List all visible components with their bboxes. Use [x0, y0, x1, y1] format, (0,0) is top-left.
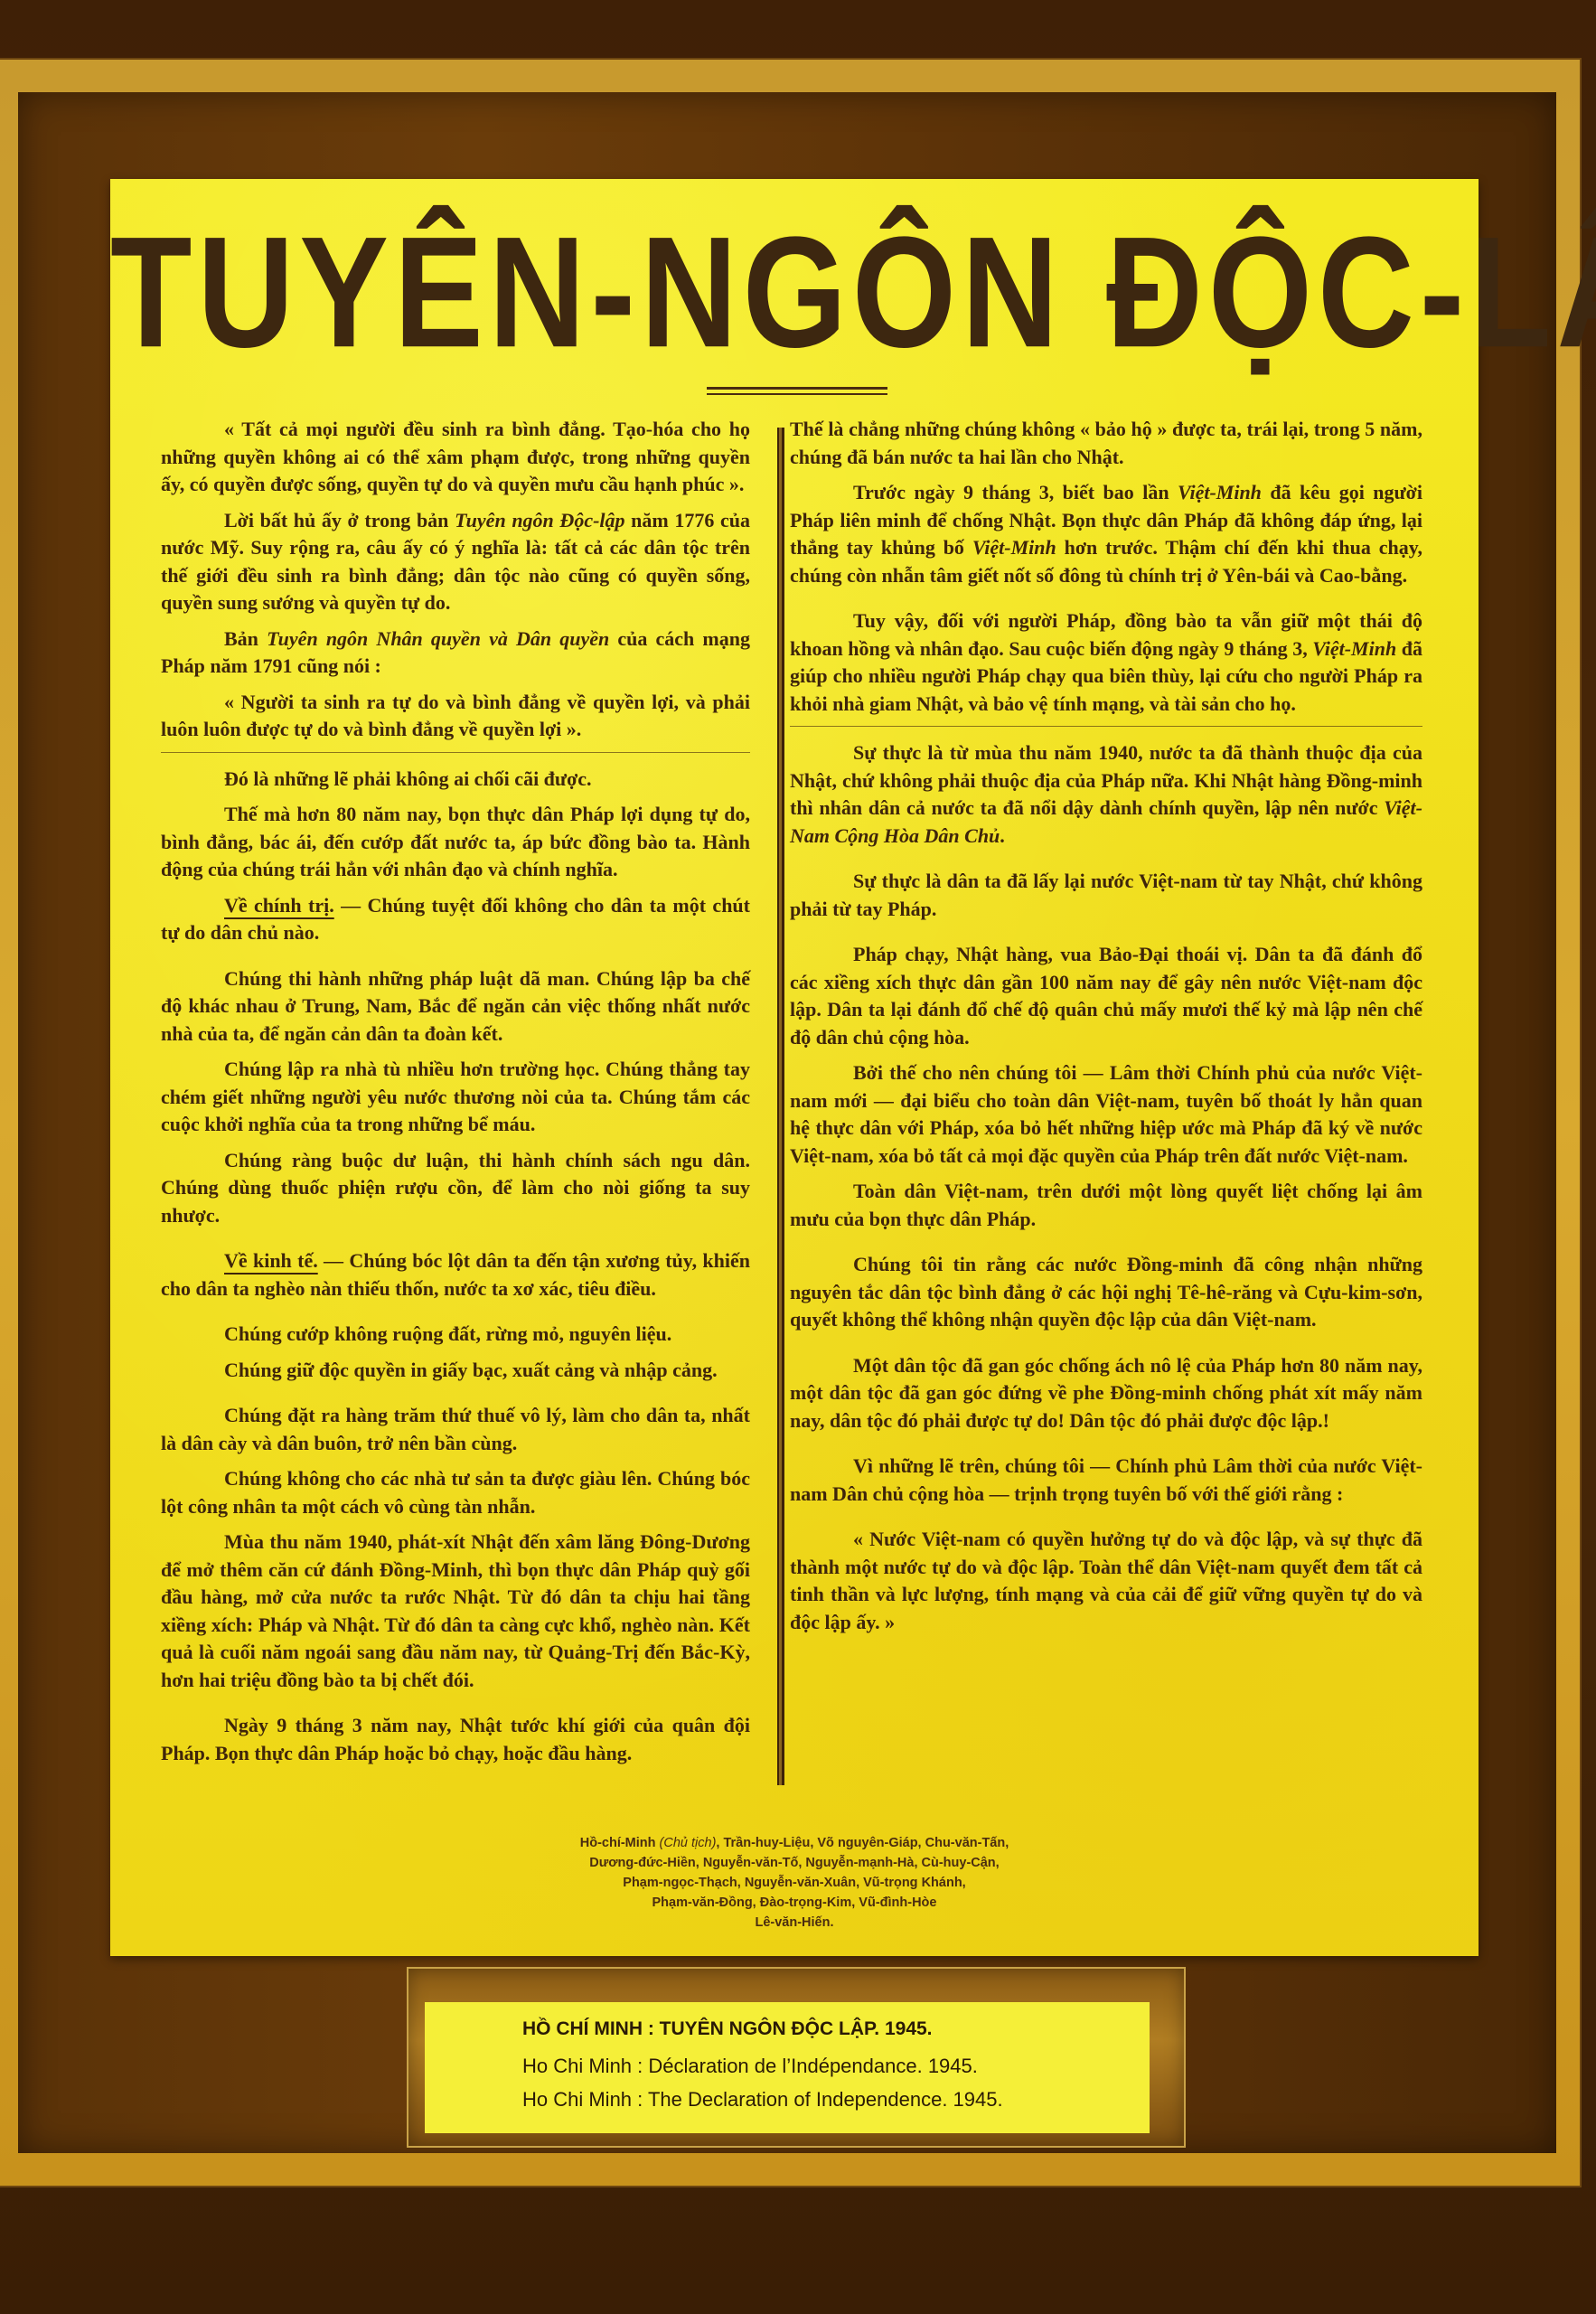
paragraph: Pháp chạy, Nhật hàng, vua Bảo-Đại thoái …	[790, 941, 1422, 1051]
signatory-line: Hồ-chí-Minh (Chủ tịch), Trần-huy-Liệu, V…	[110, 1833, 1479, 1853]
paragraph: Thế là chẳng những chúng không « bảo hộ …	[790, 416, 1422, 471]
signatory-line: Phạm-ngọc-Thạch, Nguyễn-văn-Xuân, Vũ-trọ…	[110, 1873, 1479, 1893]
paragraph: Về kinh tế. — Chúng bóc lột dân ta đến t…	[161, 1247, 750, 1303]
column-divider	[777, 428, 784, 1785]
right-text-column: Thế là chẳng những chúng không « bảo hộ …	[790, 416, 1422, 1644]
paragraph: Chúng tôi tin rằng các nước Đồng-minh đã…	[790, 1251, 1422, 1334]
paragraph: Chúng ràng buộc dư luận, thi hành chính …	[161, 1147, 750, 1230]
title-underline	[707, 387, 887, 395]
paragraph: Chúng lập ra nhà tù nhiều hơn trường học…	[161, 1056, 750, 1139]
museum-label-plaque: HỒ CHÍ MINH : TUYÊN NGÔN ĐỘC LẬP. 1945. …	[425, 2002, 1150, 2133]
paragraph: Chúng giữ độc quyền in giấy bạc, xuất cả…	[161, 1357, 750, 1385]
left-text-column: « Tất cả mọi người đều sinh ra bình đẳng…	[161, 416, 750, 1775]
signatory-line: Phạm-văn-Đồng, Đào-trọng-Kim, Vũ-đình-Hò…	[110, 1893, 1479, 1913]
plaque-title-french: Ho Chi Minh : Déclaration de l’Indépenda…	[522, 2055, 978, 2078]
declaration-document: TUYÊN-NGÔN ĐỘC-LẬP « Tất cả mọi người đề…	[110, 179, 1479, 1956]
paragraph: Tuy vậy, đối với người Pháp, đồng bào ta…	[790, 607, 1422, 718]
section-divider	[790, 726, 1422, 727]
paragraph: Lời bất hủ ấy ở trong bản Tuyên ngôn Độc…	[161, 507, 750, 617]
signatory-line: Lê-văn-Hiến.	[110, 1913, 1479, 1933]
paragraph: Đó là những lẽ phải không ai chối cãi đư…	[161, 766, 750, 794]
paragraph: Chúng đặt ra hàng trăm thứ thuế vô lý, l…	[161, 1402, 750, 1457]
paragraph: « Nước Việt-nam có quyền hưởng tự do và …	[790, 1526, 1422, 1636]
paragraph: Bản Tuyên ngôn Nhân quyền và Dân quyền c…	[161, 626, 750, 681]
section-divider	[161, 752, 750, 753]
paragraph: Thế mà hơn 80 năm nay, bọn thực dân Pháp…	[161, 801, 750, 884]
paragraph: Sự thực là dân ta đã lấy lại nước Việt-n…	[790, 868, 1422, 923]
paragraph: Bởi thế cho nên chúng tôi — Lâm thời Chí…	[790, 1059, 1422, 1170]
plaque-title-english: Ho Chi Minh : The Declaration of Indepen…	[522, 2088, 1003, 2112]
paragraph: Trước ngày 9 tháng 3, biết bao lần Việt-…	[790, 479, 1422, 589]
paragraph: Chúng thi hành những pháp luật dã man. C…	[161, 965, 750, 1049]
paragraph: Mùa thu năm 1940, phát-xít Nhật đến xâm …	[161, 1529, 750, 1694]
plaque-title-vietnamese: HỒ CHÍ MINH : TUYÊN NGÔN ĐỘC LẬP. 1945.	[522, 2018, 933, 2040]
paragraph: « Tất cả mọi người đều sinh ra bình đẳng…	[161, 416, 750, 499]
signatories-list: Hồ-chí-Minh (Chủ tịch), Trần-huy-Liệu, V…	[110, 1833, 1479, 1933]
paragraph: Về chính trị. — Chúng tuyệt đối không ch…	[161, 892, 750, 947]
paragraph: Vì những lẽ trên, chúng tôi — Chính phủ …	[790, 1453, 1422, 1508]
paragraph: Ngày 9 tháng 3 năm nay, Nhật tước khí gi…	[161, 1712, 750, 1767]
paragraph: Chúng không cho các nhà tư sản ta được g…	[161, 1465, 750, 1520]
paragraph: « Người ta sinh ra tự do và bình đẳng về…	[161, 689, 750, 744]
paragraph: Một dân tộc đã gan góc chống ách nô lệ c…	[790, 1352, 1422, 1435]
paragraph: Chúng cướp không ruộng đất, rừng mỏ, ngu…	[161, 1321, 750, 1349]
document-title: TUYÊN-NGÔN ĐỘC-LẬP	[110, 202, 1479, 384]
paragraph: Toàn dân Việt-nam, trên dưới một lòng qu…	[790, 1178, 1422, 1233]
paragraph: Sự thực là từ mùa thu năm 1940, nước ta …	[790, 739, 1422, 850]
signatory-line: Dương-đức-Hiền, Nguyễn-văn-Tố, Nguyễn-mạ…	[110, 1853, 1479, 1873]
